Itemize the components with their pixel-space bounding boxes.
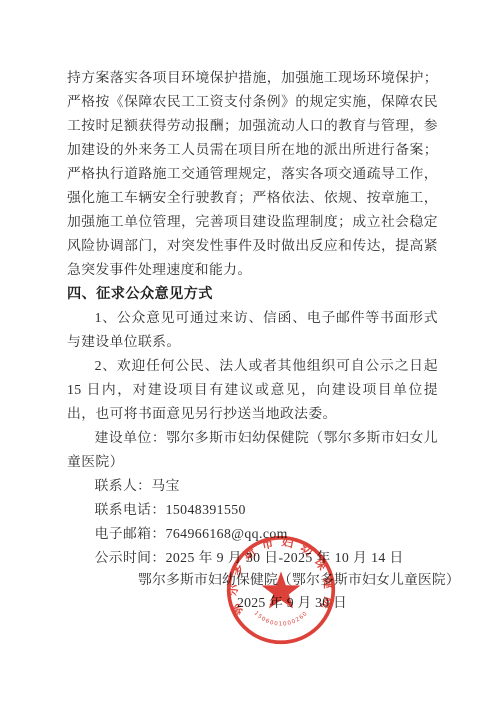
signature-org: 鄂尔多斯市妇幼保健院（鄂尔多斯市妇女儿童医院） (138, 568, 446, 591)
body-paragraph-continuation: 持方案落实各项目环境保护措施，加强施工现场环境保护；严格按《保障农民工工资支付条… (67, 66, 438, 282)
section-heading: 四、征求公众意见方式 (67, 282, 438, 306)
contact-phone-line: 联系电话：15048391550 (67, 498, 438, 522)
contact-email-line: 电子邮箱：764966168@qq.com (67, 522, 438, 546)
list-item-1: 1、公众意见可通过来访、信函、电子邮件等书面形式与建设单位联系。 (67, 306, 438, 354)
signature-block: 鄂尔多斯市妇幼保健院（鄂尔多斯市妇女儿童医院） 2025 年 9 月 30 日 (138, 568, 446, 614)
list-item-2: 2、欢迎任何公民、法人或者其他组织可自公示之日起 15 日内，对建设项目有建议或… (67, 354, 438, 426)
publicity-period-line: 公示时间：2025 年 9 月 30 日-2025 年 10 月 14 日 (67, 546, 438, 570)
contact-person-line: 联系人：马宝 (67, 474, 438, 498)
document-page: 持方案落实各项目环境保护措施，加强施工现场环境保护；严格按《保障农民工工资支付条… (0, 0, 500, 707)
construction-unit-line: 建设单位：鄂尔多斯市妇幼保健院（鄂尔多斯市妇女儿童医院） (67, 426, 438, 474)
signature-date: 2025 年 9 月 30 日 (138, 591, 446, 614)
document-body: 持方案落实各项目环境保护措施，加强施工现场环境保护；严格按《保障农民工工资支付条… (67, 66, 438, 570)
